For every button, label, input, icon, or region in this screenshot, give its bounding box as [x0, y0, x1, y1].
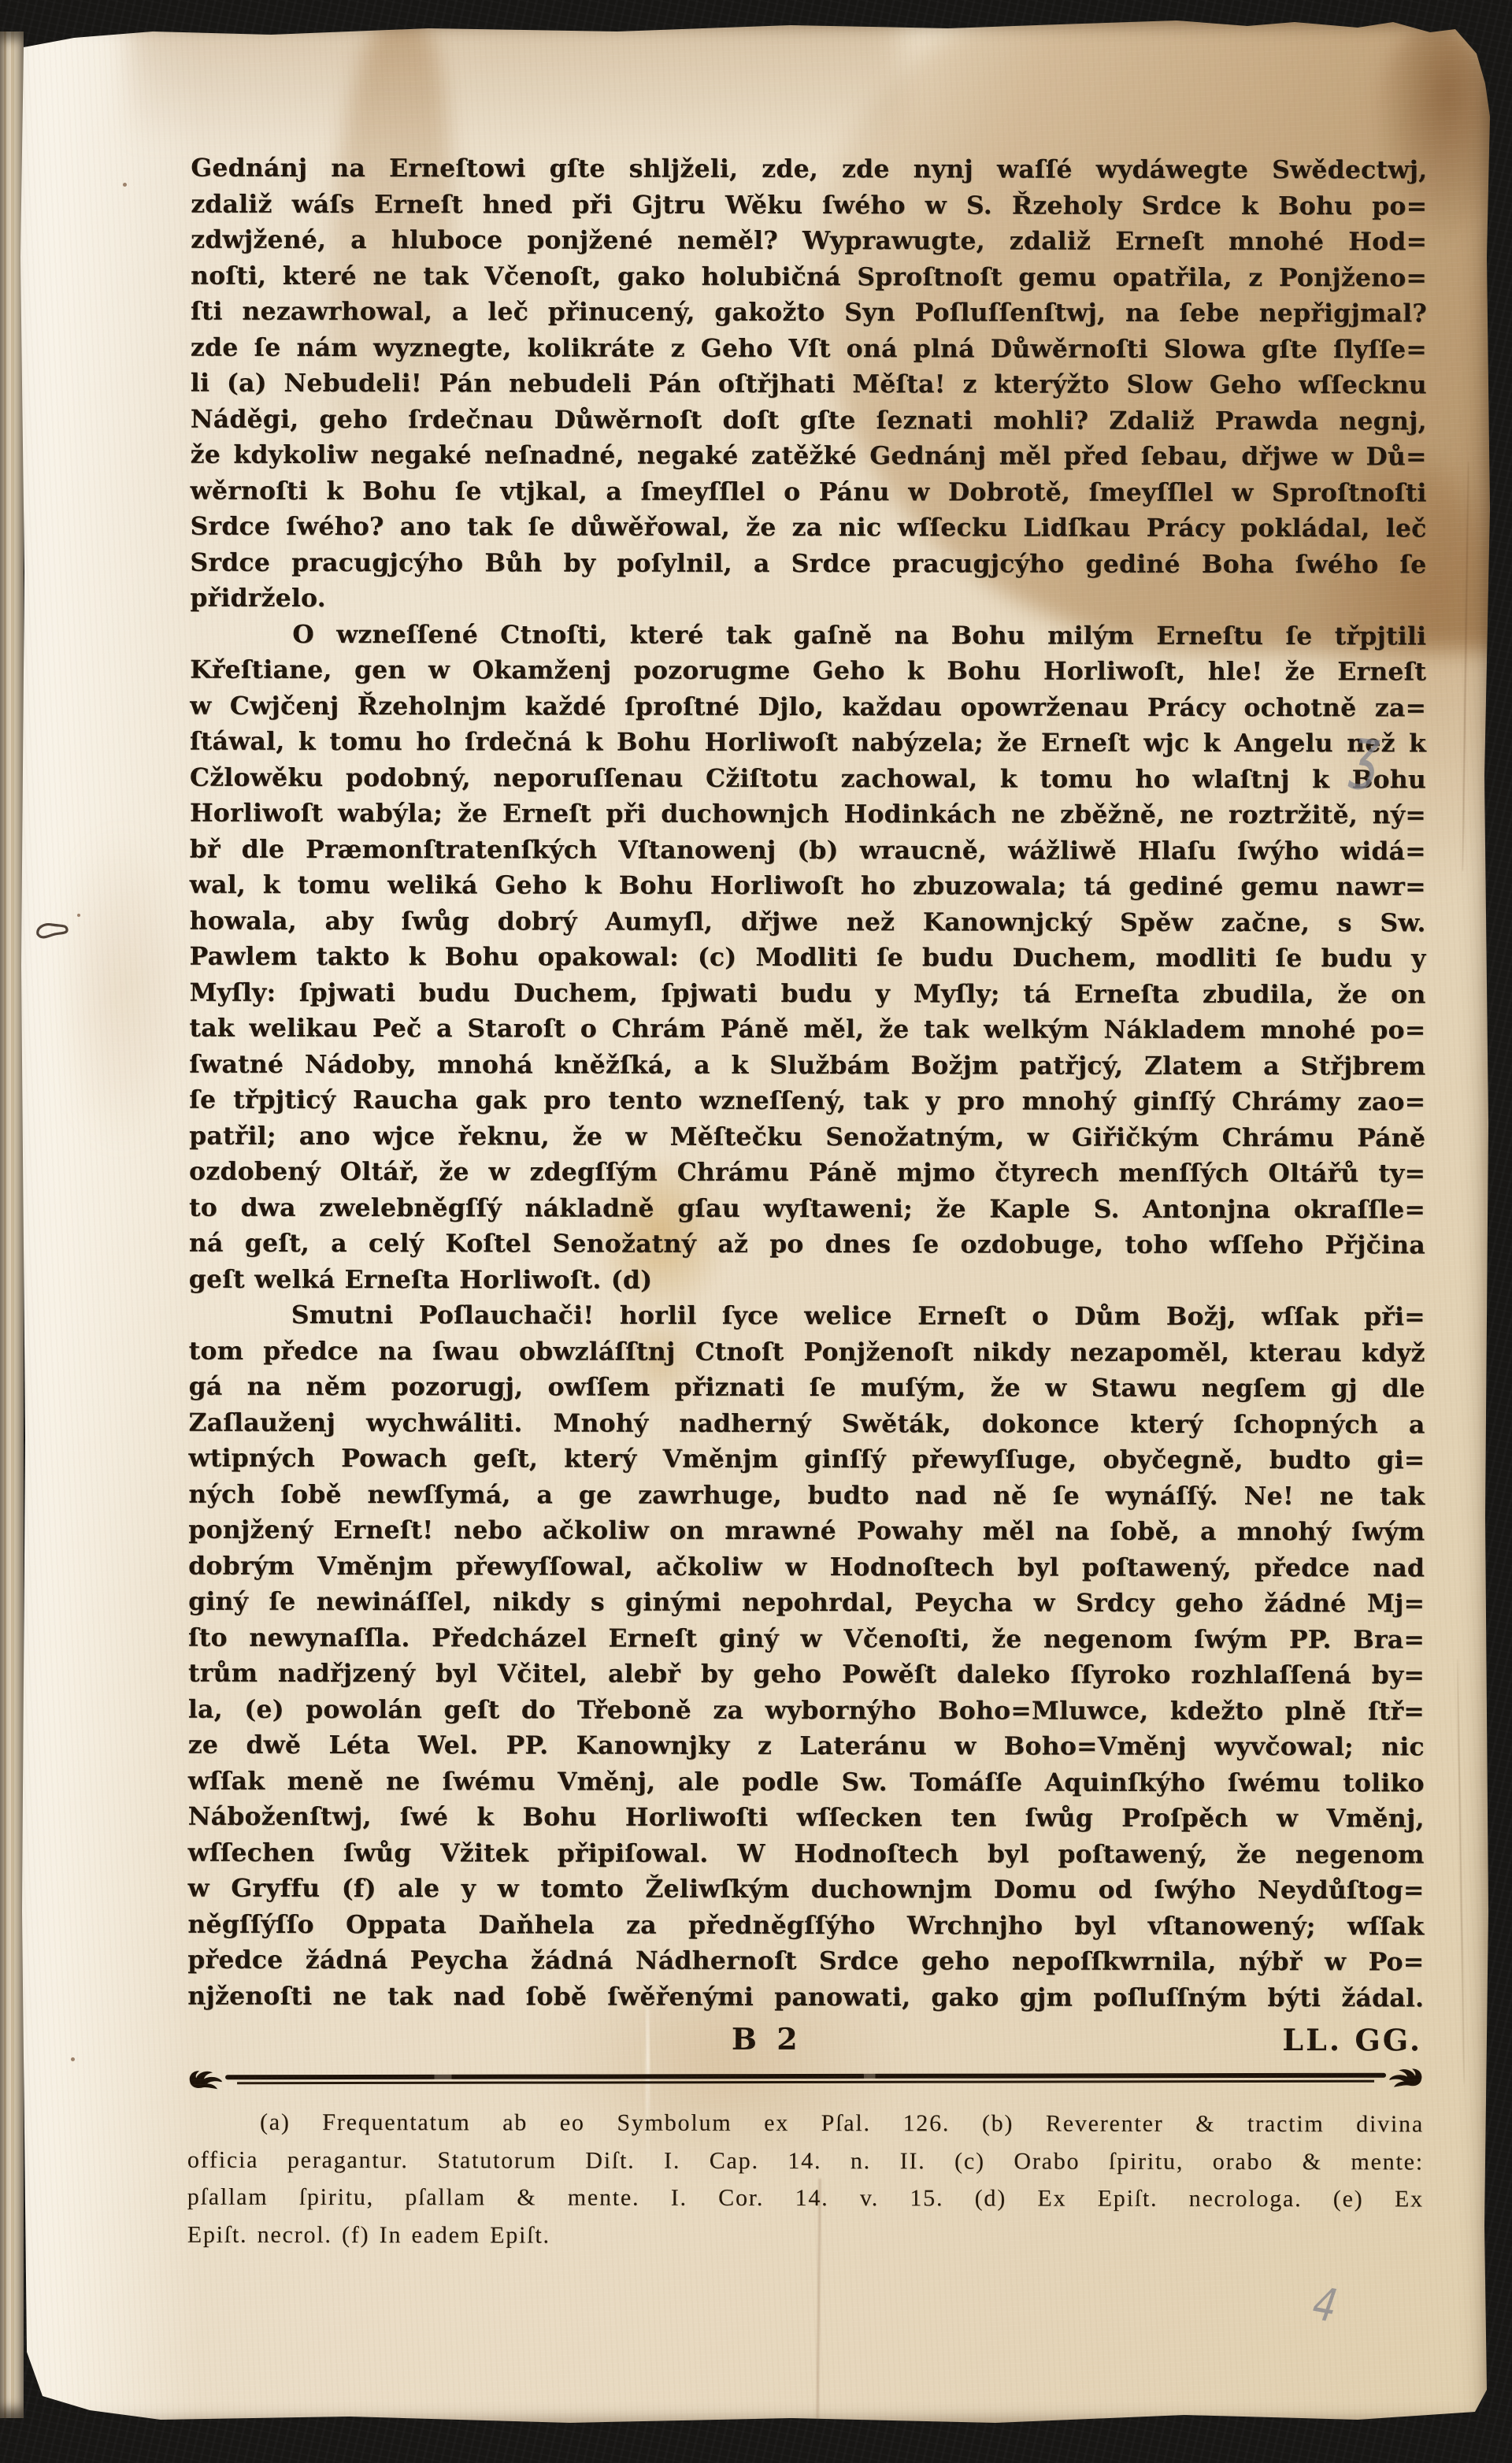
text-line: ponjžený Erneſt! nebo ačkoliw on mrawné …: [188, 1512, 1425, 1550]
text-line: Zaſlauženj wychwáliti. Mnohý nadherný Sw…: [188, 1404, 1425, 1442]
signature-row: B 2 LL. GG.: [187, 2019, 1424, 2061]
text-line: trům nadřjzený byl Včitel, alebř by geho…: [188, 1656, 1425, 1693]
footnote-line: Epiſt. necrol. (f) In eadem Epiſt.: [187, 2216, 1424, 2255]
text-line: O wzneſſené Ctnoſti, které tak gaſně na …: [190, 616, 1426, 654]
text-line: něgſſýſſo Oppata Daňhela za předněgſſýho…: [187, 1906, 1424, 1944]
book-scan-backdrop: Gednánj na Erneſtowi gſte shljželi, zde,…: [0, 0, 1512, 2463]
text-line: zdwjžené, a hluboce ponjžené neměl? Wypr…: [191, 222, 1427, 260]
text-line: wtipných Powach geſt, který Vměnjm ginſſ…: [188, 1441, 1425, 1478]
text-line: Pawlem takto k Bohu opakowal: (c) Modlit…: [190, 939, 1426, 977]
text-line: Cžlowěku podobný, neporuſſenau Cžiſtotu …: [190, 759, 1426, 797]
text-line: předce žádná Peycha žádná Nádhernoſt Srd…: [187, 1942, 1424, 1980]
text-line: la, (e) powolán geſt do Třeboně za wybor…: [188, 1691, 1425, 1729]
text-column: Gednánj na Erneſtowi gſte shljželi, zde,…: [187, 150, 1428, 2256]
paragraph-2: O wzneſſené Ctnoſti, které tak gaſně na …: [189, 616, 1427, 1299]
foxing-speck: [71, 2057, 75, 2061]
text-line: tak welikau Peč a Staroſt o Chrám Páně m…: [189, 1011, 1425, 1048]
text-line: dobrým Vměnjm přewyſſowal, ačkoliw w Hod…: [188, 1548, 1425, 1586]
text-line: ných ſobě newſſymá, a ge zawrhuge, budto…: [188, 1476, 1425, 1514]
text-line: njženoſti ne tak nad ſobě ſwěřenými pano…: [187, 1978, 1424, 2016]
text-line: ſti nezawrhowal, a leč přinucený, gakožt…: [191, 294, 1427, 332]
ink-smudge-curl: [35, 918, 69, 942]
footnotes: (a) Frequentatum ab eo Symbolum ex Pſal.…: [187, 2104, 1424, 2256]
text-line: ſto newynaſſla. Předcházel Erneſt giný w…: [188, 1619, 1425, 1657]
text-line: že kdykoliw negaké neſnadné, negaké zatě…: [191, 437, 1427, 475]
footnote-line: pſallam ſpiritu, pſallam & mente. I. Cor…: [187, 2179, 1424, 2218]
text-line: Horliwoſt wabýla; že Erneſt při duchownj…: [190, 796, 1426, 833]
text-line: ſwatné Nádoby, mnohá kněžſká, a k Službá…: [189, 1046, 1425, 1084]
text-line: Srdce ſwého? ano tak ſe důwěřowal, že za…: [190, 509, 1426, 547]
text-line: w Cwjčenj Řzeholnjm každé ſproſtné Djlo,…: [190, 688, 1426, 725]
text-line: noſti, které ne tak Včenoſt, gako holubi…: [191, 258, 1427, 295]
text-line: ná geſt, a celý Koſtel Senožatný až po d…: [189, 1226, 1425, 1263]
text-line: w Gryffu (f) ale y w tomto Želiwſkým duc…: [187, 1871, 1424, 1908]
text-line: patřil; ano wjce řeknu, že w Měſtečku Se…: [189, 1118, 1425, 1155]
text-line: Náboženſtwj, ſwé k Bohu Horliwoſti wſſec…: [188, 1799, 1425, 1837]
book-fore-edges: [0, 32, 24, 2418]
text-line: Smutni Poſlauchači! horlil ſyce welice E…: [189, 1297, 1425, 1335]
text-line: to dwa zwelebněgſſý nákladně gſau wyſtaw…: [189, 1189, 1425, 1227]
paragraph-3: Smutni Poſlauchači! horlil ſyce welice E…: [187, 1297, 1425, 2016]
text-line: Srdce pracugjcýho Bůh by poſylnil, a Srd…: [190, 544, 1426, 582]
text-line: wal, k tomu weliká Geho k Bohu Horliwoſt…: [190, 867, 1426, 905]
text-line: ſe třpjticý Raucha gak pro tento wzneſſe…: [189, 1082, 1425, 1120]
footnote-line: officia peragantur. Statutorum Diſt. I. …: [187, 2141, 1424, 2180]
gathering-signature: B 2: [732, 2020, 802, 2059]
text-line: wſſak meně ne ſwému Vměnj, ale podle Sw.…: [188, 1763, 1425, 1801]
text-line: zdaliž wáſs Erneſt hned při Gjtru Wěku ſ…: [191, 186, 1427, 224]
text-line: geſt welká Erneſta Horliwoſt. (d): [189, 1261, 1425, 1299]
paragraph-1: Gednánj na Erneſtowi gſte shljželi, zde,…: [190, 150, 1427, 618]
text-line: howala, aby ſwůg dobrý Aumyſl, dřjwe než…: [190, 903, 1426, 940]
text-line: přidrželo.: [190, 581, 1426, 618]
text-line: bř dle Præmonſtratenſkých Vſtanowenj (b)…: [190, 831, 1426, 869]
footnote-line: (a) Frequentatum ab eo Symbolum ex Pſal.…: [187, 2104, 1424, 2143]
text-line: li (a) Nebudeli! Pán nebudeli Pán oſtřjh…: [191, 365, 1427, 403]
text-line: tom předce na ſwau obwzláſſtnj Ctnoſt Po…: [189, 1333, 1425, 1371]
text-line: ſtáwal, k tomu ho ſrdečná k Bohu Horliwo…: [190, 724, 1426, 762]
fleuron-left-icon: [187, 2068, 224, 2091]
paper-crease-right-lower: [1457, 1659, 1465, 2084]
text-line: giný ſe newináſſel, nikdy s ginými nepoh…: [188, 1584, 1425, 1622]
text-line: gá na něm pozorugj, owſſem přiznati ſe m…: [189, 1369, 1425, 1407]
text-line: zde ſe nám wyznegte, kolikráte z Geho Vſ…: [191, 329, 1427, 367]
foxing-speck: [123, 183, 127, 187]
text-line: ozdobený Oltář, že w zdegſſým Chrámu Pán…: [189, 1154, 1425, 1192]
pencil-mark-lower: 4: [1309, 2276, 1341, 2333]
text-line: Náděgi, geho ſrdečnau Důwěrnoſt doſt gſt…: [191, 401, 1427, 439]
catchword: LL. GG.: [1282, 2020, 1422, 2060]
footnote-separator: [187, 2066, 1424, 2092]
text-line: Myſly: ſpjwati budu Duchem, ſpjwati budu…: [189, 974, 1425, 1012]
text-line: ze dwě Léta Wel. PP. Kanownjky z Laterán…: [188, 1727, 1425, 1765]
separator-rule: [225, 2073, 1386, 2085]
text-line: Křeſtiane, gen w Okamženj pozorugme Geho…: [190, 652, 1426, 690]
text-line: wěrnoſti k Bohu ſe vtjkal, a ſmeyſſlel o…: [191, 473, 1427, 510]
text-line: Gednánj na Erneſtowi gſte shljželi, zde,…: [191, 150, 1427, 188]
paper-stain-top-band: [129, 0, 901, 147]
fleuron-right-icon: [1388, 2066, 1424, 2090]
text-line: wſſechen ſwůg Vžitek připiſowal. W Hodno…: [188, 1834, 1425, 1872]
paper-crease-right-upper: [1462, 462, 1469, 871]
gutter-highlight: [19, 20, 200, 2428]
foxing-speck: [77, 914, 80, 917]
page-paper: Gednánj na Erneſtowi gſte shljželi, zde,…: [19, 20, 1492, 2428]
